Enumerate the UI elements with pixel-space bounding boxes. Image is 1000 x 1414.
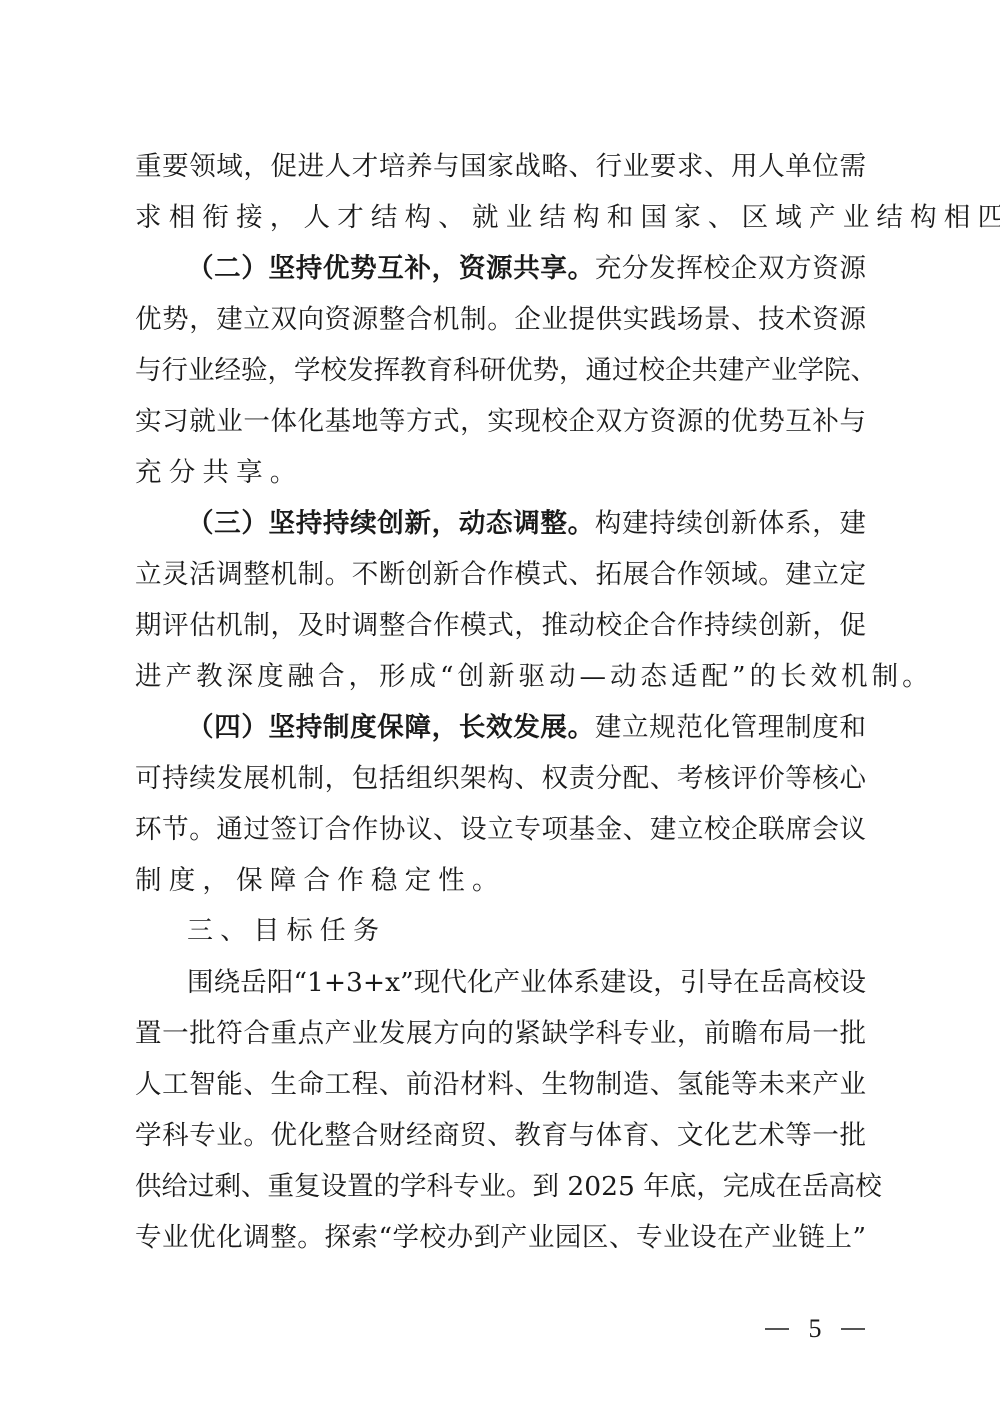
principle-4-title: （四）坚持制度保障，长效发展。: [187, 712, 595, 743]
principle-2-title: （二）坚持优势互补，资源共享。: [187, 253, 595, 284]
dash-left: [765, 1328, 789, 1330]
body-line: 人工智能、生命工程、前沿材料、生物制造、氢能等未来产业: [135, 1059, 866, 1110]
section-first-line: 围绕岳阳“1+3+x”现代化产业体系建设，引导在岳高校设: [135, 957, 866, 1008]
principle-3-first-line: （三）坚持持续创新，动态调整。构建持续创新体系，建: [135, 498, 866, 549]
body-line: 优势，建立双向资源整合机制。企业提供实践场景、技术资源: [135, 294, 866, 345]
body-line: 专业优化调整。探索“学校办到产业园区、专业设在产业链上”: [135, 1212, 866, 1263]
dash-right: [841, 1328, 865, 1330]
body-line: 进产教深度融合，形成“创新驱动—动态适配”的长效机制。: [135, 651, 866, 702]
page-number: 5: [765, 1312, 865, 1346]
body-line: 重要领域，促进人才培养与国家战略、行业要求、用人单位需: [135, 141, 866, 192]
page-number-value: 5: [809, 1314, 822, 1344]
body-line: 制度，保障合作稳定性。: [135, 855, 866, 906]
body-line: 求相衔接，人才结构、就业结构和国家、区域产业结构相匹配。: [135, 192, 866, 243]
body-line: 供给过剩、重复设置的学科专业。到 2025 年底，完成在岳高校: [135, 1161, 866, 1212]
body-line: 可持续发展机制，包括组织架构、权责分配、考核评价等核心: [135, 753, 866, 804]
principle-2-text: 充分发挥校企双方资源: [595, 253, 866, 284]
body-line: 期评估机制，及时调整合作模式，推动校企合作持续创新，促: [135, 600, 866, 651]
body-line: 置一批符合重点产业发展方向的紧缺学科专业，前瞻布局一批: [135, 1008, 866, 1059]
document-page: 重要领域，促进人才培养与国家战略、行业要求、用人单位需 求相衔接，人才结构、就业…: [135, 141, 866, 1263]
principle-3-title: （三）坚持持续创新，动态调整。: [187, 508, 595, 539]
principle-3-text: 构建持续创新体系，建: [595, 508, 866, 539]
body-line: 与行业经验，学校发挥教育科研优势，通过校企共建产业学院、: [135, 345, 866, 396]
body-line: 环节。通过签订合作协议、设立专项基金、建立校企联席会议: [135, 804, 866, 855]
section-heading: 三、目标任务: [135, 906, 866, 957]
principle-2-first-line: （二）坚持优势互补，资源共享。充分发挥校企双方资源: [135, 243, 866, 294]
body-line: 实习就业一体化基地等方式，实现校企双方资源的优势互补与: [135, 396, 866, 447]
body-line: 立灵活调整机制。不断创新合作模式、拓展合作领域。建立定: [135, 549, 866, 600]
principle-4-first-line: （四）坚持制度保障，长效发展。建立规范化管理制度和: [135, 702, 866, 753]
body-line: 学科专业。优化整合财经商贸、教育与体育、文化艺术等一批: [135, 1110, 866, 1161]
body-line: 充分共享。: [135, 447, 866, 498]
principle-4-text: 建立规范化管理制度和: [595, 712, 866, 743]
